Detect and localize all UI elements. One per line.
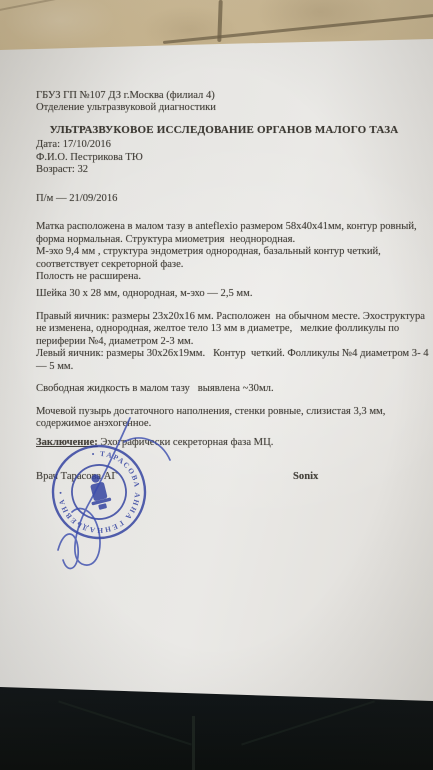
uterus-line: Матка расположена в малом тазу в antefle… [36, 221, 412, 233]
uterus-line: М-эхо 9,4 мм , структура эндометрия одно… [36, 246, 412, 258]
doctor-signature [18, 400, 268, 600]
device-name: Sonix [293, 471, 318, 483]
signature-stroke-main [72, 418, 130, 565]
jeans-seam [192, 716, 195, 770]
tile-grout-line-diagonal [163, 14, 433, 44]
age-line: Возраст: 32 [36, 164, 412, 176]
report-title: УЛЬТРАЗВУКОВОЕ ИССЛЕДОВАНИЕ ОРГАНОВ МАЛО… [36, 124, 412, 136]
ovary-line: Правый яичник: размеры 23х20х16 мм. Расп… [36, 311, 412, 323]
uterus-findings: Матка расположена в малом тазу в antefle… [36, 221, 412, 283]
signature-stroke-arc [124, 438, 170, 460]
document-paper: ГБУЗ ГП №107 ДЗ г.Москва (филиал 4) Отде… [0, 0, 433, 770]
tile-grout-line-left [0, 0, 83, 12]
photo-of-document: ГБУЗ ГП №107 ДЗ г.Москва (филиал 4) Отде… [0, 0, 433, 770]
lmp-line: П/м — 21/09/2016 [36, 193, 412, 205]
ovary-line: периферии №4, диаметром 2-3 мм. [36, 336, 412, 348]
ovary-line: — 5 мм. [36, 361, 412, 373]
cervix-line: Шейка 30 х 28 мм, однородная, м-эхо — 2,… [36, 288, 412, 300]
uterus-line: соответствует секреторной фазе. [36, 259, 412, 271]
department-line: Отделение ультразвуковой диагностики [36, 102, 412, 114]
cervix-findings: Шейка 30 х 28 мм, однородная, м-эхо — 2,… [36, 288, 412, 300]
uterus-line: Полость не расширена. [36, 271, 412, 283]
clinic-name-line: ГБУЗ ГП №107 ДЗ г.Москва (филиал 4) [36, 90, 412, 102]
ovaries-findings: Правый яичник: размеры 23х20х16 мм. Расп… [36, 311, 412, 373]
free-fluid-findings: Свободная жидкость в малом тазу выявлена… [36, 383, 412, 395]
ovary-line: не изменена, однородная, желтое тело 13 … [36, 323, 412, 335]
uterus-line: форма нормальная. Структура миометрия не… [36, 234, 412, 246]
patient-name-line: Ф.И.О. Пестрикова ТЮ [36, 152, 412, 164]
date-line: Дата: 17/10/2016 [36, 139, 412, 151]
free-fluid-line: Свободная жидкость в малом тазу выявлена… [36, 383, 412, 395]
ovary-line: Левый яичник: размеры 30х26х19мм. Контур… [36, 348, 412, 360]
